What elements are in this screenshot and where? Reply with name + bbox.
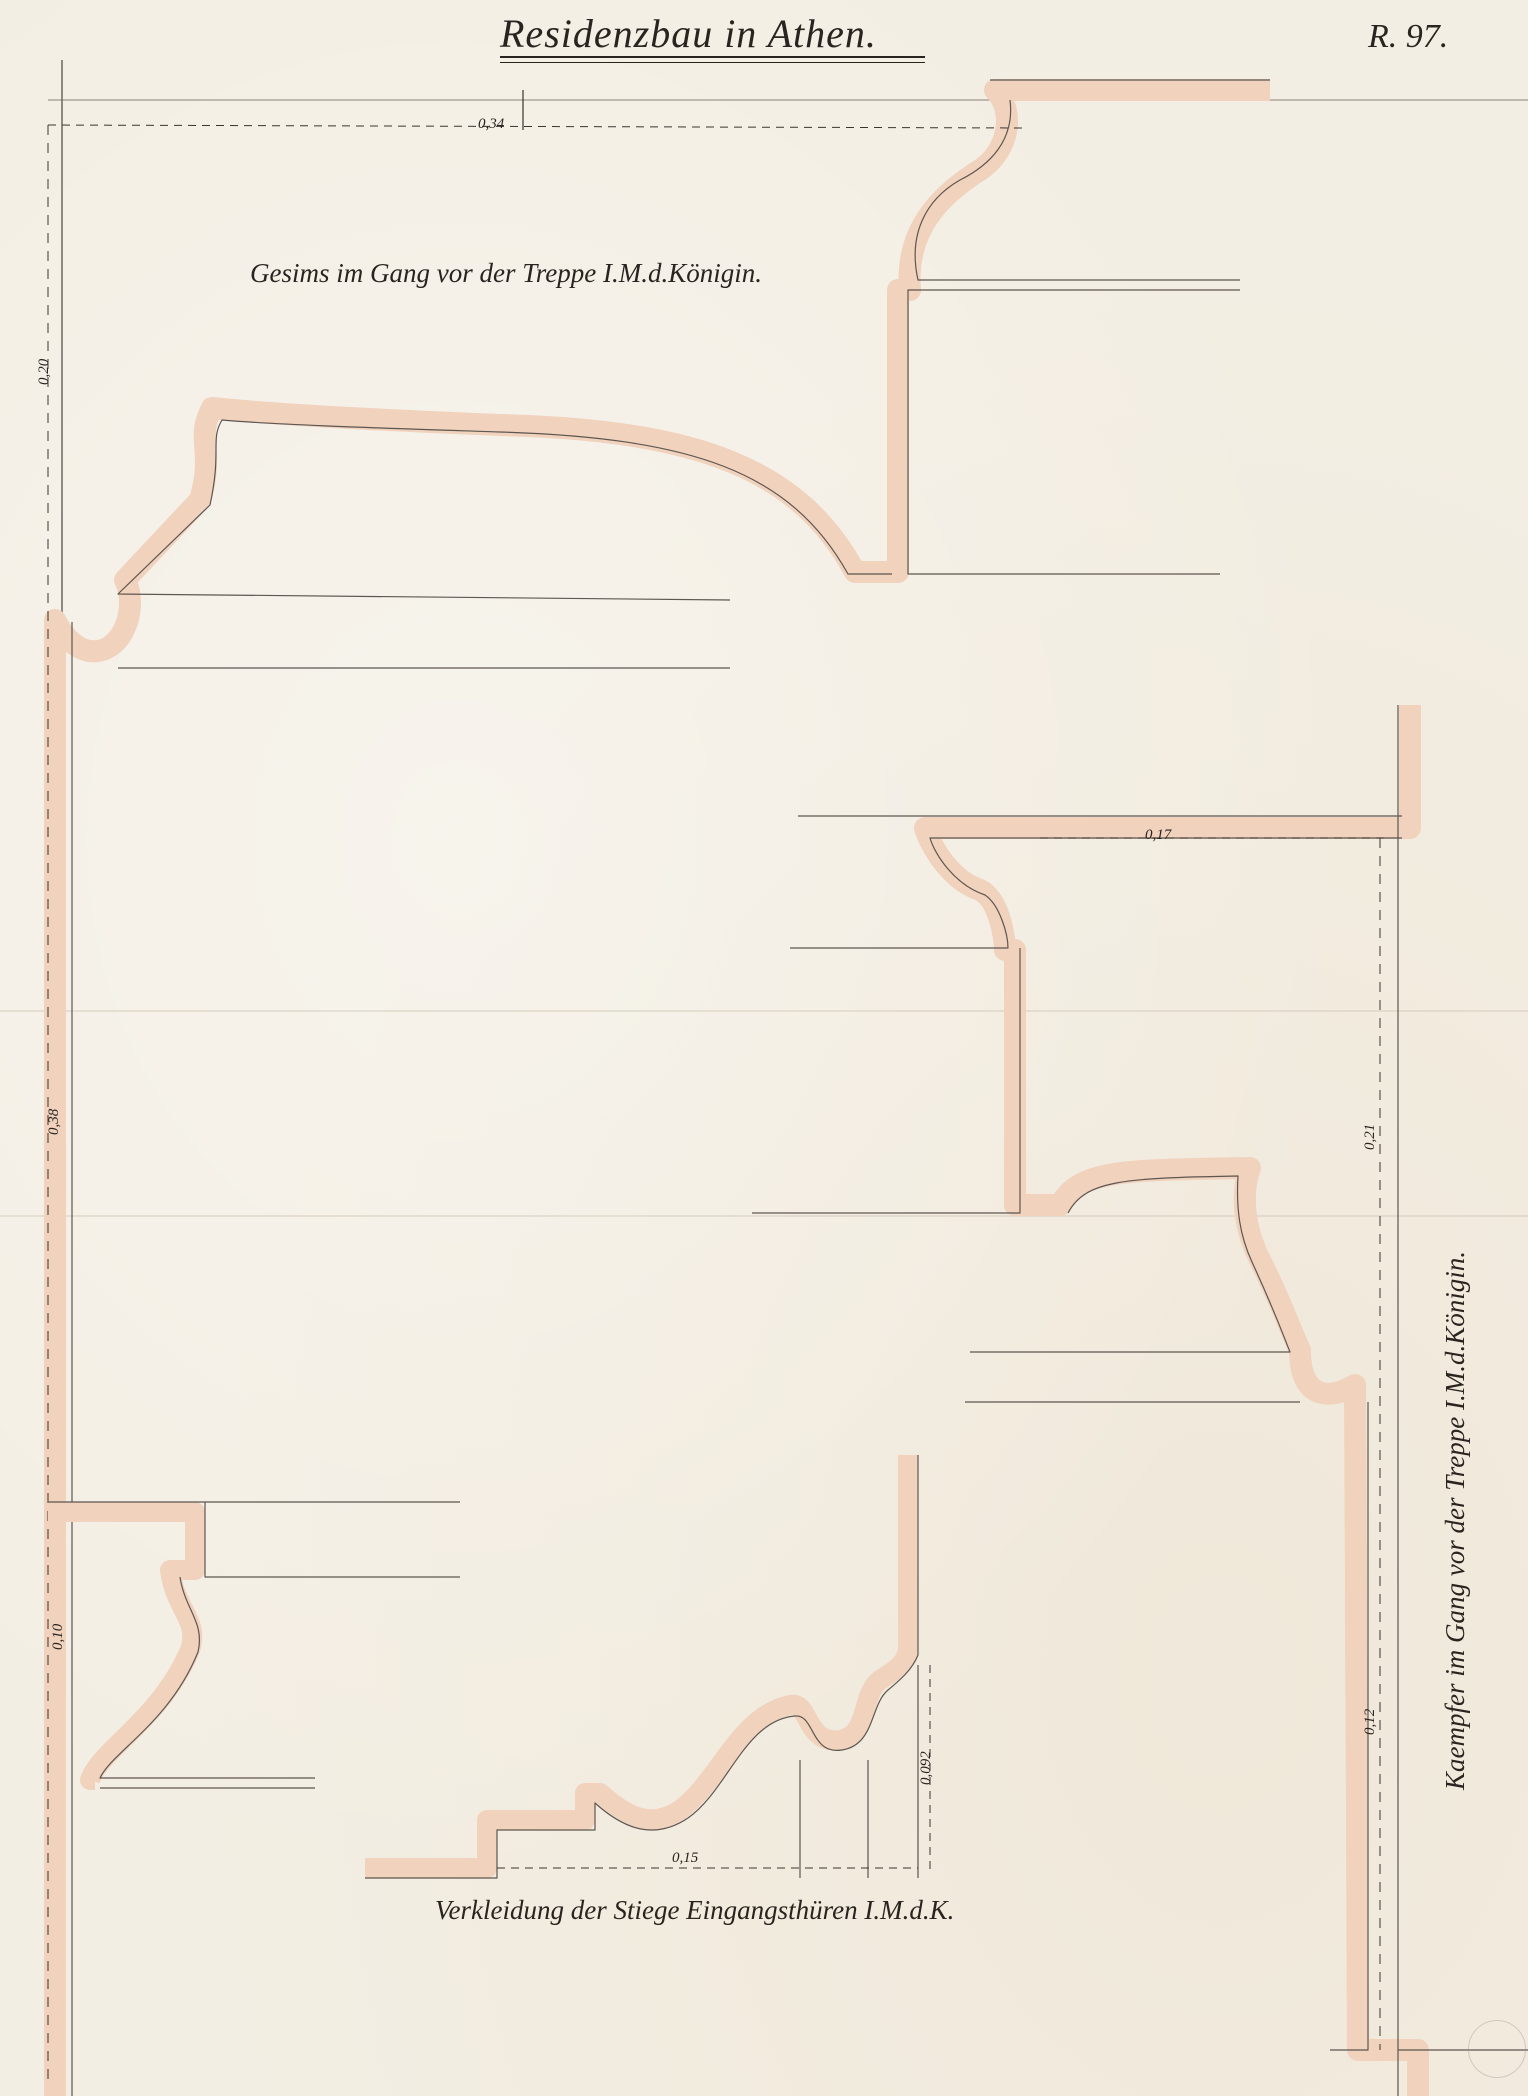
base-moulding-profile [48, 1502, 460, 1788]
dimension-label: 0,092 [918, 1751, 935, 1785]
dimension-label: 0,15 [672, 1850, 698, 1867]
title-underline [500, 56, 925, 63]
door-casing-caption: Verkleidung der Stiege Eingangsthüren I.… [435, 1895, 954, 1926]
plate-number: R. 97. [1368, 18, 1448, 56]
cornice-caption: Gesims im Gang vor der Treppe I.M.d.Köni… [250, 258, 762, 289]
door-casing-profile [365, 1455, 930, 1878]
cornice-profile [48, 80, 1270, 2096]
dimension-label: 0,21 [1362, 1124, 1379, 1150]
drawing-sheet: Residenzbau in Athen. R. 97. Gesims im G… [0, 0, 1528, 2096]
collection-stamp [1468, 2020, 1526, 2078]
dimension-label: 0,17 [1145, 827, 1171, 844]
impost-caption: Kaempfer im Gang vor der Treppe I.M.d.Kö… [1440, 1251, 1471, 1790]
dimension-label: 0,12 [1362, 1709, 1379, 1735]
dimension-label: 0,20 [36, 359, 53, 385]
dimension-label: 0,38 [46, 1109, 63, 1135]
dimension-label: 0,34 [478, 116, 504, 133]
impost-profile [752, 705, 1528, 2096]
dimension-label: 0,10 [50, 1624, 67, 1650]
profile-drawings [0, 0, 1528, 2096]
sheet-title: Residenzbau in Athen. [500, 10, 930, 60]
